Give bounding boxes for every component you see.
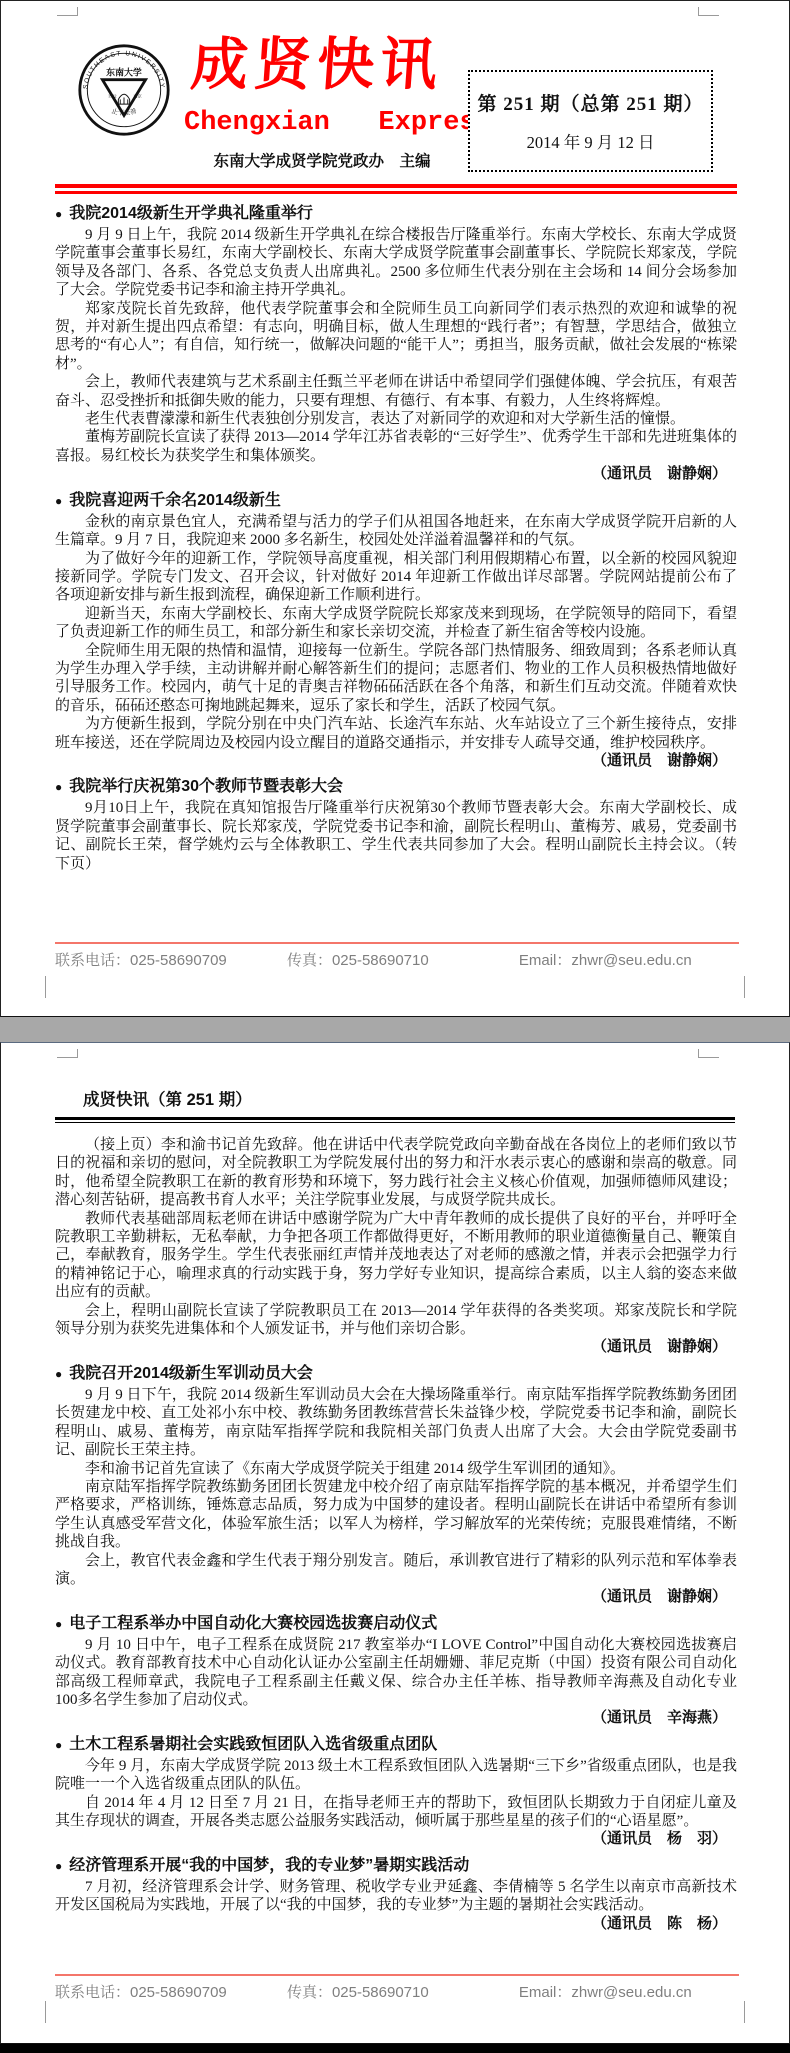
paragraph: 迎新当天，东南大学副校长、东南大学成贤学院院长郑家茂来到现场，在学院领导的陪同下… [55, 605, 737, 642]
page2-header: 成贤快讯（第 251 期） [55, 1089, 735, 1123]
masthead-divider-rule [55, 184, 737, 194]
paragraph: 9 月 10 日中午，电子工程系在成贤院 217 教室举办“I LOVE Con… [55, 1636, 737, 1710]
article-teachers-day-continued: （接上页）李和渝书记首先致辞。他在讲话中代表学院党政向辛勤奋战在各岗位上的老师们… [55, 1136, 737, 1357]
margin-tick-bottom-right [744, 976, 745, 998]
paragraph: 为方便新生报到，学院分别在中央门汽车站、长途汽车东站、火车站设立了三个新生接待点… [55, 715, 737, 752]
page-1: SOUTHEAST UNIVERSITY 东南大学 1902 南京 止于至善 成… [0, 0, 790, 1017]
article-teachers-day: ●我院举行庆祝第30个教师节暨表彰大会 9月10日上午，我院在真知馆报告厅隆重举… [55, 777, 737, 873]
paragraph: 今年 9 月，东南大学成贤学院 2013 级土木工程系致恒团队入选暑期“三下乡”… [55, 1757, 737, 1794]
crop-mark-top-right [698, 1049, 719, 1058]
bullet-icon: ● [55, 494, 62, 508]
byline: （通讯员 谢静娴） [55, 1588, 737, 1606]
byline: （通讯员 辛海燕） [55, 1709, 737, 1727]
paragraph: 金秋的南京景色宜人，充满希望与活力的学子们从祖国各地赶来，在东南大学成贤学院开启… [55, 513, 737, 550]
footer-phone: 联系电话：025-58690709 [55, 1984, 227, 2001]
article-civil-engineering-team: ●土木工程系暑期社会实践致恒团队入选省级重点团队 今年 9 月，东南大学成贤学院… [55, 1735, 737, 1849]
page1-articles: ●我院2014级新生开学典礼隆重举行 9 月 9 日上午，我院 2014 级新生… [55, 204, 737, 873]
article-title: ●土木工程系暑期社会实践致恒团队入选省级重点团队 [55, 1735, 737, 1755]
page-gap [0, 1017, 790, 1043]
seal-city: 南京 [133, 93, 142, 100]
bullet-icon: ● [55, 780, 62, 794]
page2-header-rule [55, 1117, 735, 1123]
paragraph: 教师代表基础部周耘老师在讲话中感谢学院为广大中青年教师的成长提供了良好的平台，并… [55, 1210, 737, 1302]
article-title-text: 土木工程系暑期社会实践致恒团队入选省级重点团队 [69, 1736, 437, 1753]
paragraph: 自 2014 年 4 月 12 日至 7 月 21 日，在指导老师王卉的帮助下，… [55, 1794, 737, 1831]
article-title-text: 经济管理系开展“我的中国梦，我的专业梦”暑期实践活动 [69, 1857, 469, 1874]
page1-footer: 联系电话：025-58690709 传真：025-58690710 Email：… [55, 942, 739, 970]
seal-motto: 止于至善 [110, 106, 137, 117]
newsletter-title-en: Chengxian Express [184, 108, 450, 138]
article-title: ●电子工程系举办中国自动化大赛校园选拔赛启动仪式 [55, 1614, 737, 1634]
crop-mark-top-left [57, 1049, 78, 1058]
newsletter-document: SOUTHEAST UNIVERSITY 东南大学 1902 南京 止于至善 成… [0, 0, 790, 2053]
seal-year: 1902 [108, 94, 116, 99]
paragraph: 9 月 9 日下午，我院 2014 级新生军训动员大会在大操场隆重举行。南京陆军… [55, 1386, 737, 1460]
margin-tick-bottom-right [744, 2001, 745, 2023]
seal-university-name: 东南大学 [106, 66, 142, 77]
article-military-training: ●我院召开2014级新生军训动员大会 9 月 9 日下午，我院 2014 级新生… [55, 1364, 737, 1607]
editor-line: 东南大学成贤学院党政办 主编 [179, 149, 465, 171]
article-title: ●我院喜迎两千余名2014级新生 [55, 491, 737, 511]
byline: （通讯员 谢静娴） [55, 465, 737, 483]
byline: （通讯员 谢静娴） [55, 752, 737, 770]
issue-info-box: 第 251 期（总第 251 期） 2014 年 9 月 12 日 [468, 70, 713, 172]
paragraph: 9月10日上午，我院在真知馆报告厅隆重举行庆祝第30个教师节暨表彰大会。东南大学… [55, 799, 737, 873]
footer-fax: 传真：025-58690710 [287, 952, 429, 969]
article-title-text: 我院喜迎两千余名2014级新生 [69, 492, 281, 509]
bullet-icon: ● [55, 1738, 62, 1752]
paragraph: 全院师生用无限的热情和温情，迎接每一位新生。学院各部门热情服务、细致周到；各系老… [55, 642, 737, 716]
paragraph: 9 月 9 日上午，我院 2014 级新生开学典礼在综合楼报告厅隆重举行。东南大… [55, 226, 737, 300]
byline: （通讯员 谢静娴） [55, 1338, 737, 1356]
footer-fax: 传真：025-58690710 [287, 1984, 429, 2001]
article-title-text: 我院举行庆祝第30个教师节暨表彰大会 [69, 778, 343, 795]
article-title: ●我院召开2014级新生军训动员大会 [55, 1364, 737, 1384]
page2-header-title: 成贤快讯（第 251 期） [55, 1089, 735, 1111]
footer-email: Email：zhwr@seu.edu.cn [519, 1984, 692, 2001]
bullet-icon: ● [55, 1859, 62, 1873]
newsletter-title-cn: 成贤快讯 [181, 27, 452, 105]
article-title: ●我院2014级新生开学典礼隆重举行 [55, 204, 737, 224]
article-title: ●经济管理系开展“我的中国梦，我的专业梦”暑期实践活动 [55, 1856, 737, 1876]
paragraph: 为了做好今年的迎新工作，学院领导高度重视，相关部门利用假期精心布置，以全新的校园… [55, 550, 737, 605]
paragraph: 南京陆军指挥学院教练勤务团团长贺建龙中校介绍了南京陆军指挥学院的基本概况，并希望… [55, 1478, 737, 1552]
footer-email: Email：zhwr@seu.edu.cn [519, 952, 692, 969]
article-title-text: 我院召开2014级新生军训动员大会 [69, 1365, 313, 1382]
article-title-text: 电子工程系举办中国自动化大赛校园选拔赛启动仪式 [69, 1615, 437, 1632]
paragraph: 会上，教官代表金鑫和学生代表于翔分别发言。随后，承训教官进行了精彩的队列示范和军… [55, 1552, 737, 1589]
page2-articles: （接上页）李和渝书记首先致辞。他在讲话中代表学院党政向辛勤奋战在各岗位上的老师们… [55, 1136, 737, 1933]
southeast-university-seal-logo: SOUTHEAST UNIVERSITY 东南大学 1902 南京 止于至善 [77, 43, 171, 137]
paragraph: 7 月初，经济管理系会计学、财务管理、税收学专业尹延鑫、李倩楠等 5 名学生以南… [55, 1878, 737, 1915]
byline: （通讯员 陈 杨） [55, 1915, 737, 1933]
paragraph: （接上页）李和渝书记首先致辞。他在讲话中代表学院党政向辛勤奋战在各岗位上的老师们… [55, 1136, 737, 1210]
margin-tick-bottom-left [45, 2001, 46, 2023]
article-welcome-freshmen: ●我院喜迎两千余名2014级新生 金秋的南京景色宜人，充满希望与活力的学子们从祖… [55, 491, 737, 771]
paragraph: 董梅芳副院长宣读了获得 2013—2014 学年江苏省表彰的“三好学生”、优秀学… [55, 428, 737, 465]
bullet-icon: ● [55, 207, 62, 221]
paragraph: 会上，教师代表建筑与艺术系副主任甄兰平老师在讲话中希望同学们强健体魄、学会抗压，… [55, 373, 737, 410]
bullet-icon: ● [55, 1367, 62, 1381]
footer-phone: 联系电话：025-58690709 [55, 952, 227, 969]
article-automation-contest: ●电子工程系举办中国自动化大赛校园选拔赛启动仪式 9 月 10 日中午，电子工程… [55, 1614, 737, 1728]
paragraph: 会上，程明山副院长宣读了学院教职员工在 2013—2014 学年获得的各类奖项。… [55, 1302, 737, 1339]
issue-date: 2014 年 9 月 12 日 [527, 129, 655, 153]
article-opening-ceremony: ●我院2014级新生开学典礼隆重举行 9 月 9 日上午，我院 2014 级新生… [55, 204, 737, 484]
margin-tick-bottom-left [45, 976, 46, 998]
page2-footer: 联系电话：025-58690709 传真：025-58690710 Email：… [55, 1974, 739, 2002]
paragraph: 郑家茂院长首先致辞，他代表学院董事会和全院师生员工向新同学们表示热烈的欢迎和诚挚… [55, 300, 737, 374]
masthead: SOUTHEAST UNIVERSITY 东南大学 1902 南京 止于至善 成… [1, 1, 789, 197]
paragraph: 李和渝书记首先宣读了《东南大学成贤学院关于组建 2014 级学生军训团的通知》。 [55, 1460, 737, 1478]
issue-number: 第 251 期（总第 251 期） [477, 89, 703, 116]
byline: （通讯员 杨 羽） [55, 1830, 737, 1848]
page-2: 成贤快讯（第 251 期） （接上页）李和渝书记首先致辞。他在讲话中代表学院党政… [0, 1042, 790, 2044]
paragraph: 老生代表曹濛濛和新生代表独创分别发言，表达了对新同学的欢迎和对大学新生活的憧憬。 [55, 410, 737, 428]
article-title: ●我院举行庆祝第30个教师节暨表彰大会 [55, 777, 737, 797]
article-economics-summer-practice: ●经济管理系开展“我的中国梦，我的专业梦”暑期实践活动 7 月初，经济管理系会计… [55, 1856, 737, 1933]
article-title-text: 我院2014级新生开学典礼隆重举行 [69, 205, 313, 222]
viewport-bottom-strip [0, 2044, 790, 2053]
seal-dome-building-icon [118, 94, 129, 104]
bullet-icon: ● [55, 1617, 62, 1631]
